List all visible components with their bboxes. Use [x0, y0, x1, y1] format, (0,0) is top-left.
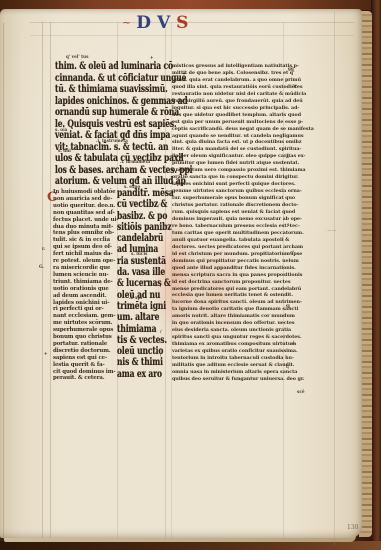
text-line: ponit. quia erat candelabrum. a quo omne…	[172, 77, 286, 84]
ruling-vertical	[50, 22, 51, 538]
text-line: dominus qui propitiatur peccatis nostris…	[172, 258, 286, 265]
text-line: mense predicatores qui eam portant. cand…	[172, 286, 286, 293]
text-line: doctores. uectes predicatores qui portan…	[172, 244, 286, 251]
text-line: christus portatur. rationale discretione…	[172, 202, 286, 209]
text-line: lia per oleum significantur. oleo quippe…	[172, 153, 286, 160]
text-line: in quo orationis incensum deo offertur. …	[172, 320, 286, 327]
text-line: militatis que aditum ecclesie seruat & c…	[172, 362, 286, 369]
text-line: cit quod dominus im-	[53, 369, 116, 376]
binding-leather-right	[371, 0, 381, 550]
text-line: quod ante illud appanditur fides incarna…	[172, 265, 286, 272]
text-line: anuli quatuor euangelia. tabulata aposto…	[172, 237, 286, 244]
text-line: sint. quia diuina facta est. ut p docent…	[172, 139, 286, 146]
right-gloss-column: misticos gressus ad intelligentiam natiu…	[172, 63, 286, 383]
text-line: re potest. oleum ope-	[53, 258, 116, 265]
text-line: liter. & quia mandatū dei se custodiunt.…	[172, 146, 286, 153]
main-text-column-wide: thim. & oleū ad luminaria cōcinnanda. & …	[55, 61, 170, 188]
text-line: rum. quisquis sapiens est ueniat & facia…	[172, 209, 286, 216]
text-line: dua duo minuta mit-	[53, 224, 116, 231]
text-line: tur. superhumerale opus bonum significat…	[172, 195, 286, 202]
text-line: dominus imperauit. quia nemo excusatur a…	[172, 216, 286, 223]
text-line: est quia per unum peruenit multociens de…	[172, 119, 286, 126]
text-line: eius desideria sancta. oleum unctionis g…	[172, 327, 286, 334]
text-line: fert nichil maius da-	[53, 251, 116, 258]
text-line: lucerne dona spiritus sancti. oleum ad n…	[172, 299, 286, 306]
title-flourish: ~	[122, 13, 131, 33]
text-line: varietas ex quibus oratio conficitur sua…	[172, 348, 286, 355]
text-line: id est christum per mundum. propitiatori…	[172, 251, 286, 258]
running-title-letter-v: V	[157, 13, 170, 33]
text-line: tum caritas que operit multitudinem pecc…	[172, 230, 286, 237]
text-line: non auaricia sed de-	[53, 196, 116, 203]
text-line: ceptis sacrificandū. deus negat quam de …	[172, 126, 286, 133]
page-left-edge-line	[3, 23, 4, 539]
text-line: non quantitas sed af-	[53, 210, 116, 217]
text-line: uotio orationis que	[53, 286, 116, 293]
text-line: uotio queritur. deo.n.	[53, 203, 116, 210]
text-line: tentorium in introitu tabernaculi custod…	[172, 355, 286, 362]
text-line: loquitur. si qua est hic successio princ…	[172, 105, 286, 112]
main-text-column-narrow: panditr̄. mēsacū vectibz &basibz. & posi…	[117, 188, 171, 380]
text-line: atorium. & velum qđ an̄ illud ap	[55, 176, 171, 188]
running-title: ~ D V S	[122, 13, 191, 35]
text-line: lapides onichini sunt perfecti quique do…	[172, 181, 286, 188]
text-line: spiritus sancti qua unguntur reges & sac…	[172, 334, 286, 341]
text-line: nant ecclesiam. gem-	[53, 313, 116, 320]
text-line: lestia querit & fa-	[53, 362, 116, 369]
text-line: quibus deo seruitur & fungantur uniuersa…	[172, 376, 286, 383]
text-line: mittit de quo bene apls. Colosensibz. tr…	[172, 70, 286, 77]
text-line: omnia uasa in ministerium altaris opera …	[172, 369, 286, 376]
text-line: discretio doctorum.	[53, 348, 116, 355]
binding-leather-bottom	[0, 541, 381, 550]
text-line: mensa scriptura sacra in qua panes propo…	[172, 272, 286, 279]
text-line: thimiama ex aromatibus compositum uirtut…	[172, 341, 286, 348]
text-line: agunt quando se uenditur. ut candela neg…	[172, 133, 286, 140]
text-line: sapiens est qui ce-	[53, 355, 116, 362]
text-line: primitur que lumen fidei nutrit atque su…	[172, 160, 286, 167]
text-line: unguentum uero compassio proximi est. th…	[172, 167, 286, 174]
text-line: restauratio non uidetur nisi dei caritat…	[172, 91, 286, 98]
text-line: lapides onichini ui-	[53, 300, 116, 307]
text-line: ra misericordie que	[53, 265, 116, 272]
text-line: id est doctrina sanctorum proponitur. ue…	[172, 279, 286, 286]
text-line: uos que uidetur quodlibet templum. altar…	[172, 112, 286, 119]
text-line: amoris nutrit. altare thimiamatis cor mu…	[172, 313, 286, 320]
text-line: misticos gressus ad intelligentiam natiu…	[172, 63, 286, 70]
text-line: qui se ipsum deo of-	[53, 244, 116, 251]
text-line: ama ex aro	[117, 369, 171, 380]
text-line: superhumerale opus	[53, 327, 116, 334]
running-title-letter-d: D	[136, 13, 151, 33]
text-line: oratio sancta que in conspectu domini di…	[172, 174, 286, 181]
ruling-horizontal	[30, 35, 354, 36]
text-line: gemme uirtutes sanctorum quibus ecclesia…	[172, 188, 286, 195]
text-line: tens plus omnibz ob-	[53, 230, 116, 237]
ruling-vertical	[42, 22, 43, 538]
text-line: perauit. & cetera.	[53, 375, 116, 382]
text-line: ta ignium deuotio caritatis que flammam …	[172, 306, 286, 313]
manuscript-photo: { "title": { "flourish": "~", "d": "D", …	[0, 0, 381, 550]
text-line: triunt. thimiama de-	[53, 279, 116, 286]
text-line: fectus placet. unde ui-	[53, 217, 116, 224]
text-line: quia uirgiliū aureū. que frondauerūt. qu…	[172, 98, 286, 105]
text-line: lumen sciencie nu-	[53, 272, 116, 279]
text-line: bonum quo christus	[53, 334, 116, 341]
text-line: ecclesia que lumen ueritatis tenet & ost…	[172, 292, 286, 299]
folio-number: 130	[347, 524, 358, 531]
text-line: tulit. sic & in ecclia	[53, 237, 116, 244]
ruling-vertical	[334, 11, 335, 545]
text-line: me uirtutes scōrum.	[53, 320, 116, 327]
text-line: re bono. tabernaculum presens ecclesia e…	[172, 223, 286, 230]
text-line: In huiusmodi oblatōe	[53, 189, 116, 196]
running-title-letter-s: S	[176, 13, 188, 33]
text-line: portatur. rationale	[53, 341, 116, 348]
text-line: quod illa sint. quia restauratiōis eorū …	[172, 84, 286, 91]
text-line: ad deum ascendit.	[53, 293, 116, 300]
left-gloss-column: In huiusmodi oblatōenon auaricia sed de-…	[53, 189, 116, 382]
ruling-horizontal	[30, 22, 354, 23]
text-line: ri perfecti qui or-	[53, 306, 116, 313]
